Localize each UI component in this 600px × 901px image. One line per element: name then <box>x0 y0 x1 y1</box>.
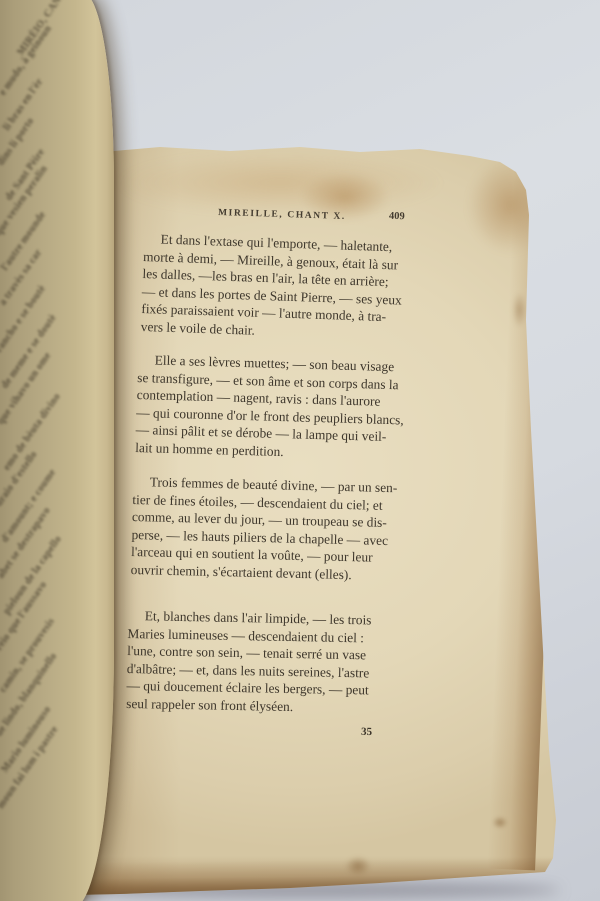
page-number: 409 <box>389 211 405 222</box>
paragraph-2: Elle a ses lèvres muettes; — son beau vi… <box>135 351 405 463</box>
page-content: MIREILLE, CHANT X. 409 Et dans l'extase … <box>128 205 438 770</box>
running-header: MIREILLE, CHANT X. <box>218 208 346 222</box>
paragraph-1: Et dans l'extase qui l'emporte, — haleta… <box>141 230 404 344</box>
book-photo: MIREILLE, CHANT X. 409 Et dans l'extase … <box>0 0 600 901</box>
paragraph-3: Trois femmes de beauté divine, — par un … <box>131 473 398 584</box>
signature-mark: 35 <box>361 726 372 738</box>
left-page-curved: MIRÈIO, CANT X. e mudo, à geinoun li bra… <box>0 0 114 901</box>
paragraph-4: Et, blanches dans l'air limpide, — les t… <box>126 607 372 716</box>
